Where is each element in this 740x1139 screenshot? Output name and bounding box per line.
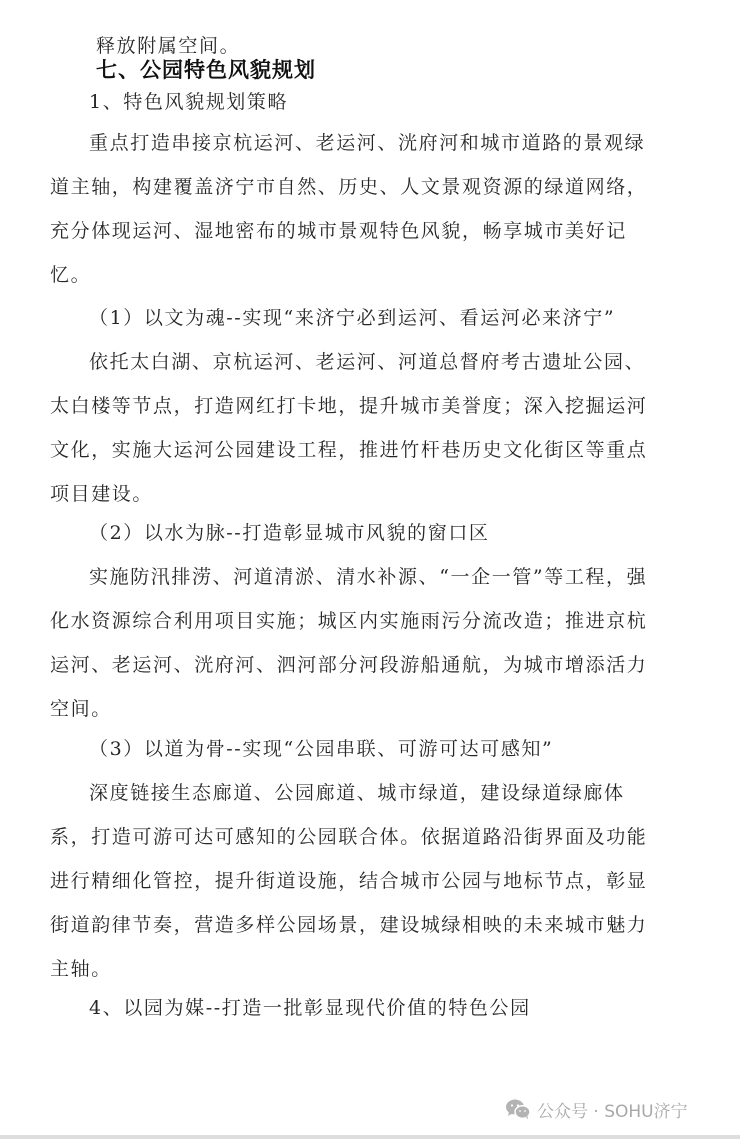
- text-line: 忆。: [50, 263, 91, 287]
- text-line: 依托太白湖、京杭运河、老运河、河道总督府考古遗址公园、: [89, 350, 645, 374]
- text-line: 空间。: [50, 697, 112, 721]
- text-line: 文化，实施大运河公园建设工程，推进竹杆巷历史文化街区等重点: [50, 438, 647, 462]
- text-line: 进行精细化管控，提升街道设施，结合城市公园与地标节点，彰显: [50, 869, 647, 893]
- text-line: 主轴。: [50, 957, 112, 981]
- text-line: （2）以水为脉--打造彰显城市风貌的窗口区: [89, 521, 490, 545]
- watermark-text: 公众号 · SOHU济宁: [537, 1097, 688, 1122]
- bottom-divider: [0, 1135, 740, 1139]
- wechat-icon: [505, 1098, 531, 1120]
- text-line: 实施防汛排涝、河道清淤、清水补源、“一企一管”等工程，强: [89, 565, 647, 589]
- section-heading: 七、公园特色风貌规划: [96, 58, 316, 82]
- text-line: 化水资源综合利用项目实施；城区内实施雨污分流改造；推进京杭: [50, 609, 647, 633]
- text-line: 运河、老运河、洸府河、泗河部分河段游船通航，为城市增添活力: [50, 653, 647, 677]
- text-line: （3）以道为骨--实现“公园串联、可游可达可感知”: [89, 737, 553, 761]
- watermark: 公众号 · SOHU济宁: [505, 1096, 688, 1122]
- text-line: 系，打造可游可达可感知的公园联合体。依据道路沿街界面及功能: [50, 825, 647, 849]
- text-line: 街道韵律节奏，营造多样公园场景，建设城绿相映的未来城市魅力: [50, 913, 647, 937]
- text-line: 充分体现运河、湿地密布的城市景观特色风貌，畅享城市美好记: [50, 219, 627, 243]
- text-line: 项目建设。: [50, 482, 153, 506]
- text-line: （1）以文为魂--实现“来济宁必到运河、看运河必来济宁”: [89, 306, 615, 330]
- text-line: 4、以园为媒--打造一批彰显现代价值的特色公园: [89, 996, 531, 1020]
- text-line: 重点打造串接京杭运河、老运河、洸府河和城市道路的景观绿: [89, 131, 645, 155]
- text-line: 太白楼等节点，打造网红打卡地，提升城市美誉度；深入挖掘运河: [50, 394, 647, 418]
- text-line: 道主轴，构建覆盖济宁市自然、历史、人文景观资源的绿道网络，: [50, 175, 647, 199]
- text-line: 释放附属空间。: [96, 34, 240, 58]
- text-line: 1、特色风貌规划策略: [89, 90, 288, 114]
- text-line: 深度链接生态廊道、公园廊道、城市绿道，建设绿道绿廊体: [89, 781, 625, 805]
